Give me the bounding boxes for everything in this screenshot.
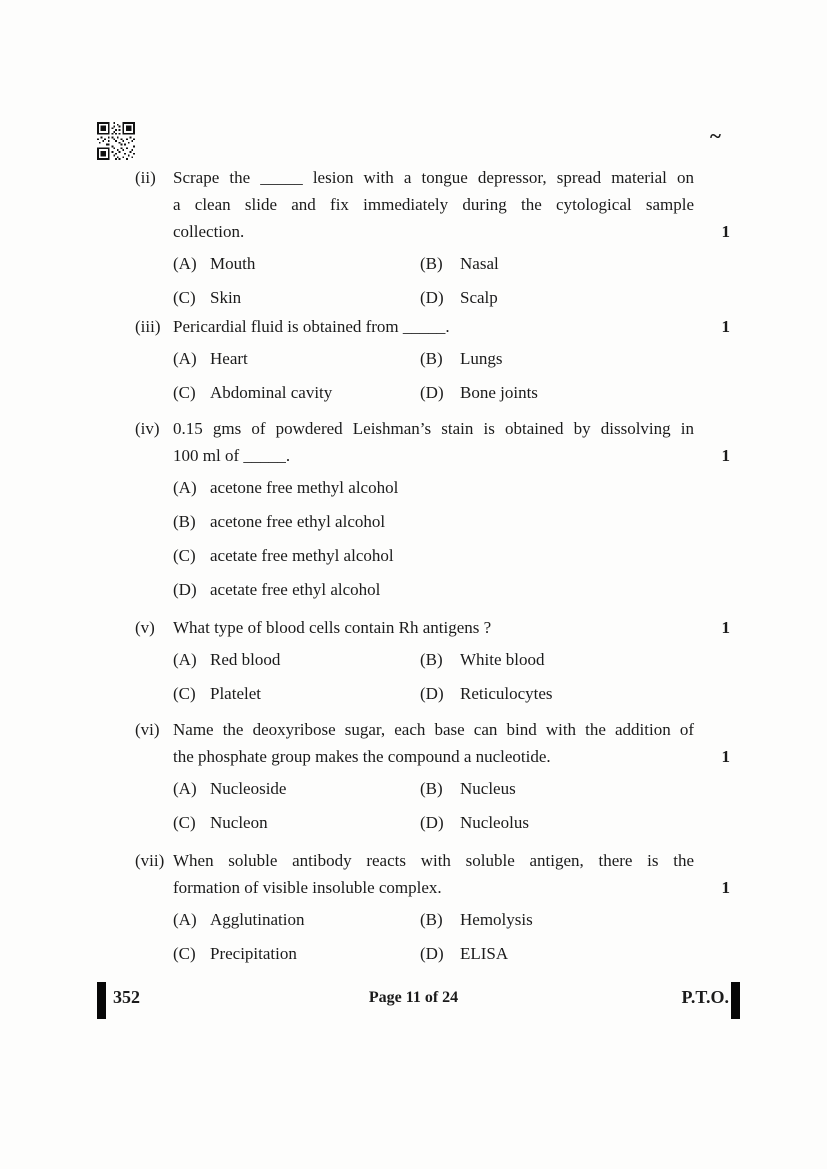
option-letter: (B) [420, 253, 460, 274]
option-label: Skin [210, 287, 241, 308]
option-label: Bone joints [460, 382, 538, 403]
option-letter: (C) [173, 943, 210, 964]
option-b: (B) Nucleus [420, 778, 730, 799]
option-label: Lungs [460, 348, 503, 369]
tilde-mark: ~ [710, 124, 722, 149]
option-row: (B) acetone free ethyl alcohol [173, 511, 730, 545]
question-text-line: a clean slide and fix immediately during… [173, 191, 694, 218]
option-label: Scalp [460, 287, 498, 308]
option-row: (C) Nucleon (D) Nucleolus [173, 812, 730, 846]
option-label: Nucleolus [460, 812, 529, 833]
option-letter: (B) [420, 909, 460, 930]
option-row: (A) Agglutination (B) Hemolysis [173, 909, 730, 943]
option-label: Reticulocytes [460, 683, 553, 704]
question-text-line: When soluble antibody reacts with solubl… [173, 847, 694, 874]
option-row: (D) acetate free ethyl alcohol [173, 579, 730, 613]
option-c: (C) Platelet [173, 683, 420, 704]
question-head: (iii) Pericardial fluid is obtained from… [135, 313, 730, 340]
question-text-line: 0.15 gms of powdered Leishman’s stain is… [173, 415, 694, 442]
option-label: Platelet [210, 683, 261, 704]
question-head: (vi) Name the deoxyribose sugar, each ba… [135, 716, 730, 770]
option-row: (C) acetate free methyl alcohol [173, 545, 730, 579]
option-c: (C) Precipitation [173, 943, 420, 964]
question-head: (iv) 0.15 gms of powdered Leishman’s sta… [135, 415, 730, 469]
question-text: What type of blood cells contain Rh anti… [173, 614, 694, 641]
question-text: When soluble antibody reacts with solubl… [173, 847, 694, 901]
option-d: (D) Reticulocytes [420, 683, 730, 704]
question-text: 0.15 gms of powdered Leishman’s stain is… [173, 415, 694, 469]
option-letter: (B) [420, 348, 460, 369]
option-d: (D) Nucleolus [420, 812, 730, 833]
qr-code-icon [97, 122, 135, 160]
options-grid: (A) Nucleoside (B) Nucleus (C) Nucleon (… [173, 778, 730, 846]
option-a: (A) Red blood [173, 649, 420, 670]
option-label: Heart [210, 348, 248, 369]
question-text-line: Scrape the _____ lesion with a tongue de… [173, 164, 694, 191]
question-text-line: collection. [173, 218, 694, 245]
option-d: (D) Scalp [420, 287, 730, 308]
option-label: White blood [460, 649, 545, 670]
option-letter: (C) [173, 545, 210, 566]
question-item-vi: (vi) Name the deoxyribose sugar, each ba… [135, 716, 730, 846]
option-row: (C) Precipitation (D) ELISA [173, 943, 730, 977]
option-letter: (C) [173, 683, 210, 704]
option-letter: (A) [173, 649, 210, 670]
option-label: Red blood [210, 649, 280, 670]
option-label: acetone free methyl alcohol [210, 477, 398, 498]
option-label: ELISA [460, 943, 508, 964]
question-marks: 1 [722, 313, 731, 340]
pto-label: P.T.O. [681, 987, 729, 1008]
question-text-line: What type of blood cells contain Rh anti… [173, 614, 694, 641]
question-head: (vii) When soluble antibody reacts with … [135, 847, 730, 901]
option-b: (B) Hemolysis [420, 909, 730, 930]
option-label: acetate free ethyl alcohol [210, 579, 380, 600]
question-head: (v) What type of blood cells contain Rh … [135, 614, 730, 641]
option-row: (A) Mouth (B) Nasal [173, 253, 730, 287]
option-b: (B) acetone free ethyl alcohol [173, 511, 730, 532]
option-label: acetate free methyl alcohol [210, 545, 394, 566]
question-text-line: Pericardial fluid is obtained from _____… [173, 313, 694, 340]
option-d: (D) Bone joints [420, 382, 730, 403]
question-marks: 1 [722, 874, 731, 901]
question-marks: 1 [722, 743, 731, 770]
option-label: Agglutination [210, 909, 304, 930]
question-item-iv: (iv) 0.15 gms of powdered Leishman’s sta… [135, 415, 730, 613]
options-grid: (A) Agglutination (B) Hemolysis (C) Prec… [173, 909, 730, 977]
option-label: Hemolysis [460, 909, 533, 930]
option-letter: (D) [420, 943, 460, 964]
question-item-ii: (ii) Scrape the _____ lesion with a tong… [135, 164, 730, 321]
option-d: (D) acetate free ethyl alcohol [173, 579, 730, 600]
question-number: (vii) [135, 847, 173, 901]
option-letter: (A) [173, 477, 210, 498]
question-marks: 1 [722, 614, 731, 641]
option-letter: (D) [173, 579, 210, 600]
option-row: (C) Platelet (D) Reticulocytes [173, 683, 730, 717]
option-letter: (B) [420, 778, 460, 799]
option-letter: (D) [420, 812, 460, 833]
option-letter: (D) [420, 382, 460, 403]
option-a: (A) acetone free methyl alcohol [173, 477, 730, 498]
option-label: Nucleon [210, 812, 268, 833]
option-a: (A) Heart [173, 348, 420, 369]
option-label: Nucleus [460, 778, 516, 799]
option-label: Precipitation [210, 943, 297, 964]
option-a: (A) Agglutination [173, 909, 420, 930]
option-letter: (D) [420, 683, 460, 704]
option-letter: (A) [173, 253, 210, 274]
option-row: (C) Abdominal cavity (D) Bone joints [173, 382, 730, 416]
question-text-line: Name the deoxyribose sugar, each base ca… [173, 716, 694, 743]
option-b: (B) Nasal [420, 253, 730, 274]
option-label: Nucleoside [210, 778, 286, 799]
question-item-vii: (vii) When soluble antibody reacts with … [135, 847, 730, 977]
question-text: Name the deoxyribose sugar, each base ca… [173, 716, 694, 770]
option-letter: (A) [173, 348, 210, 369]
options-grid: (A) Mouth (B) Nasal (C) Skin (D) Scalp [173, 253, 730, 321]
question-text-line: formation of visible insoluble complex. [173, 874, 694, 901]
option-label: Nasal [460, 253, 499, 274]
option-c: (C) acetate free methyl alcohol [173, 545, 730, 566]
option-row: (A) Nucleoside (B) Nucleus [173, 778, 730, 812]
option-letter: (C) [173, 287, 210, 308]
document-page: ~ (ii) Scrape the _____ lesion with a to… [0, 0, 827, 1169]
question-item-v: (v) What type of blood cells contain Rh … [135, 614, 730, 717]
option-c: (C) Skin [173, 287, 420, 308]
option-row: (A) Red blood (B) White blood [173, 649, 730, 683]
option-letter: (B) [420, 649, 460, 670]
question-text: Pericardial fluid is obtained from _____… [173, 313, 694, 340]
option-b: (B) Lungs [420, 348, 730, 369]
option-letter: (D) [420, 287, 460, 308]
question-item-iii: (iii) Pericardial fluid is obtained from… [135, 313, 730, 416]
question-marks: 1 [722, 218, 731, 245]
option-c: (C) Nucleon [173, 812, 420, 833]
options-grid: (A) Heart (B) Lungs (C) Abdominal cavity… [173, 348, 730, 416]
question-number: (v) [135, 614, 173, 641]
option-a: (A) Nucleoside [173, 778, 420, 799]
question-text-line: the phosphate group makes the compound a… [173, 743, 694, 770]
options-grid: (A) Red blood (B) White blood (C) Platel… [173, 649, 730, 717]
option-letter: (C) [173, 812, 210, 833]
option-d: (D) ELISA [420, 943, 730, 964]
option-label: Mouth [210, 253, 255, 274]
option-a: (A) Mouth [173, 253, 420, 274]
question-text-line: 100 ml of _____. [173, 442, 694, 469]
option-row: (A) Heart (B) Lungs [173, 348, 730, 382]
question-marks: 1 [722, 442, 731, 469]
question-number: (ii) [135, 164, 173, 245]
option-letter: (A) [173, 909, 210, 930]
option-b: (B) White blood [420, 649, 730, 670]
option-label: Abdominal cavity [210, 382, 332, 403]
option-row: (A) acetone free methyl alcohol [173, 477, 730, 511]
options-list: (A) acetone free methyl alcohol (B) acet… [173, 477, 730, 613]
footer-right-bar [731, 982, 740, 1019]
option-letter: (A) [173, 778, 210, 799]
option-c: (C) Abdominal cavity [173, 382, 420, 403]
question-number: (iii) [135, 313, 173, 340]
question-head: (ii) Scrape the _____ lesion with a tong… [135, 164, 730, 245]
question-number: (iv) [135, 415, 173, 469]
question-number: (vi) [135, 716, 173, 770]
option-letter: (C) [173, 382, 210, 403]
question-text: Scrape the _____ lesion with a tongue de… [173, 164, 694, 245]
option-label: acetone free ethyl alcohol [210, 511, 385, 532]
option-letter: (B) [173, 511, 210, 532]
